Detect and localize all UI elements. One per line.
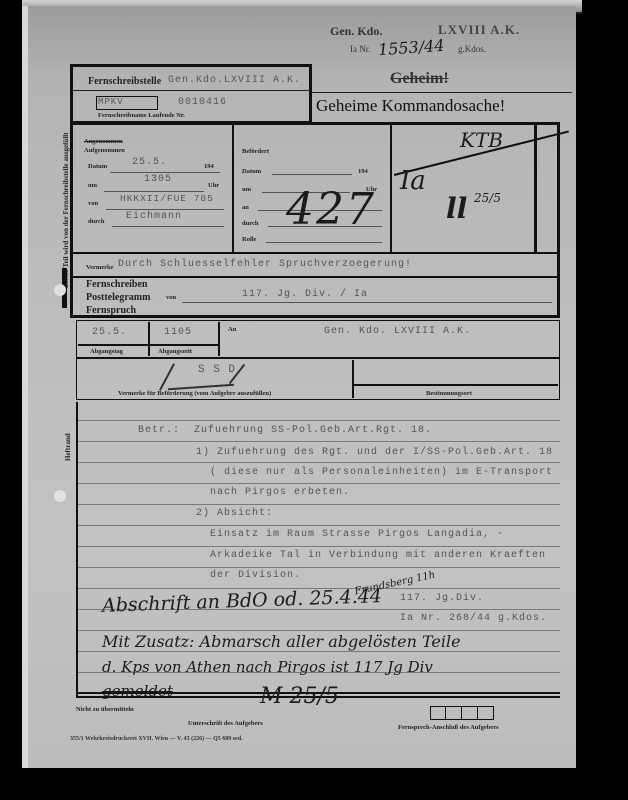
- sender-reference: Ia Nr. 268/44 g.Kdos.: [400, 613, 547, 624]
- divider: [352, 360, 354, 398]
- handwritten-initial: ll: [446, 192, 467, 225]
- subject-label: Betr.:: [138, 425, 180, 436]
- datum-label: Datum: [242, 168, 261, 175]
- margin-label: Heftrand: [64, 401, 72, 461]
- to-label: An: [228, 326, 236, 333]
- durch-label: durch: [242, 220, 259, 227]
- rule: [76, 525, 560, 526]
- priority-caption: Vermerke für Beförderung (vom Aufgeber a…: [118, 390, 271, 397]
- rule: [76, 462, 560, 463]
- handwritten-date: 25/5: [474, 192, 488, 205]
- an-label: an: [242, 204, 249, 211]
- stamp-suffix: g.Kdos.: [458, 44, 486, 54]
- rule: [76, 420, 560, 421]
- to-value: Gen. Kdo. LXVIII A.K.: [324, 326, 471, 337]
- destination-caption: Bestimmungsort: [426, 390, 472, 397]
- subject: Zufuehrung SS-Pol.Geb.Art.Rgt. 18.: [194, 425, 432, 436]
- punch-hole: [54, 490, 66, 502]
- rule: [76, 546, 560, 547]
- divider: [78, 344, 218, 346]
- rule: [76, 504, 560, 505]
- rule: [76, 441, 560, 442]
- remarks-label: Vermerke: [86, 264, 114, 271]
- divider: [148, 322, 150, 356]
- durch-label: durch: [88, 218, 105, 225]
- divider: [534, 124, 537, 252]
- phone-digit-box: [430, 706, 446, 720]
- message-line-1: 1) Zufuehrung des Rgt. und der I/SS-Pol.…: [196, 447, 553, 458]
- type-option-posttelegramm: Posttelegramm: [86, 291, 150, 304]
- sender-unit: 117. Jg.Div.: [400, 593, 484, 604]
- message-line-4: 2) Absicht:: [196, 508, 273, 519]
- message-line-7: der Division.: [210, 570, 301, 581]
- rolle-label: Rolle: [242, 236, 256, 243]
- received-label: Aufgenommen: [84, 147, 125, 154]
- phone-caption: Fernsprech-Anschluß des Aufgebers: [398, 724, 499, 731]
- departure-day: 25.5.: [92, 327, 127, 338]
- divider: [232, 124, 234, 252]
- side-note: Dieser Teil wird von der Fernschreibstel…: [62, 72, 70, 288]
- departure-time: 1105: [164, 327, 192, 338]
- received-date: 25.5.: [132, 157, 167, 168]
- year-prefix: 194: [204, 163, 214, 170]
- handwritten-signature: M 25/5: [260, 684, 339, 709]
- divider: [72, 90, 310, 91]
- serial-number: 0010416: [178, 97, 227, 108]
- struck-label: Angenommen: [84, 138, 123, 145]
- print-info: 355/1 Wehrkreisdruckerei XVII. Wien — V.…: [70, 736, 243, 742]
- departure-day-label: Abgangstag: [90, 348, 123, 355]
- punch-hole: [54, 284, 66, 296]
- phone-digit-box: [446, 706, 462, 720]
- handwritten-note-3: d. Kps von Athen nach Pirgos ist 117 Jg …: [102, 658, 433, 676]
- forwarded-label: Befördert: [242, 148, 269, 155]
- teleprinter-form: Gen. Kdo. LXVIII A.K. Ia Nr. 1553/44 g.K…: [22, 6, 576, 768]
- divider: [72, 252, 558, 254]
- stamp-corps: LXVIII A.K.: [438, 22, 520, 38]
- divider: [312, 92, 572, 93]
- fill-line: [272, 174, 352, 175]
- message-type-options: Fernschreiben Posttelegramm Fernspruch: [86, 278, 150, 317]
- fill-line: [110, 172, 220, 173]
- rule: [76, 483, 560, 484]
- divider: [218, 322, 220, 356]
- fill-line: [182, 302, 552, 303]
- secret-label: Geheim!: [390, 70, 449, 88]
- type-option-fernspruch: Fernspruch: [86, 304, 150, 317]
- priority-value: S S D: [198, 364, 236, 376]
- divider: [390, 124, 392, 252]
- year-prefix: 194: [358, 168, 368, 175]
- received-from: HKKXII/FUE 705: [120, 193, 214, 204]
- um-label: um: [88, 182, 97, 189]
- handwritten-note-1: Abschrift an BdO od. 25.4.44: [102, 585, 383, 617]
- fill-line: [112, 226, 224, 227]
- station-label: Fernschreibstelle: [88, 76, 161, 87]
- rule: [76, 567, 560, 568]
- from-value: 117. Jg. Div. / Ia: [242, 289, 368, 300]
- handwritten-ia: Ia: [400, 166, 426, 196]
- message-line-3: nach Pirgos erbeten.: [210, 487, 350, 498]
- phone-digit-box: [478, 706, 494, 720]
- signature-caption: Unterschrift des Aufgebers: [188, 720, 263, 727]
- phone-digit-box: [462, 706, 478, 720]
- teleprinter-name: MPKV: [98, 97, 124, 107]
- phone-number-boxes: [430, 706, 494, 720]
- von-label: von: [88, 200, 98, 207]
- received-by: Eichmann: [126, 211, 182, 222]
- received-time: 1305: [144, 174, 172, 185]
- stamp-ia-number: 1553/44: [377, 36, 445, 60]
- divider: [354, 384, 558, 386]
- rule: [76, 630, 560, 631]
- message-line-6: Arkadeike Tal in Verbindung mit anderen …: [210, 550, 546, 561]
- um-label: um: [242, 186, 251, 193]
- remarks-value: Durch Schluesselfehler Spruchverzoegerun…: [118, 259, 412, 270]
- from-label: von: [166, 294, 176, 301]
- do-not-transmit: Nicht zu übermitteln: [76, 706, 134, 713]
- handwritten-note-2: Mit Zusatz: Abmarsch aller abgelösten Te…: [102, 632, 461, 651]
- name-serial-caption: Fernschreibname Laufende Nr.: [98, 112, 185, 119]
- handwritten-number: 427: [286, 184, 376, 235]
- departure-time-label: Abgangszeit: [158, 348, 192, 355]
- station-value: Gen.Kdo.LXVIII A.K.: [168, 75, 301, 86]
- left-margin-rule: [76, 402, 78, 698]
- classification-title: Geheime Kommandosache!: [316, 96, 505, 116]
- uhr-label: Uhr: [208, 182, 219, 189]
- fill-line: [104, 191, 204, 192]
- stamp-gen-kdo: Gen. Kdo.: [330, 24, 382, 39]
- handwritten-note-4: gemeldet: [102, 682, 173, 700]
- fill-line: [106, 209, 224, 210]
- message-line-5: Einsatz im Raum Strasse Pirgos Langadia,…: [210, 529, 504, 540]
- rule: [76, 651, 560, 652]
- datum-label: Datum: [88, 163, 107, 170]
- stamp-ia-label: Ia Nr.: [350, 44, 371, 54]
- message-line-2: ( diese nur als Personaleinheiten) im E-…: [210, 467, 553, 478]
- fill-line: [266, 242, 382, 243]
- type-option-fernschreiben: Fernschreiben: [86, 278, 150, 291]
